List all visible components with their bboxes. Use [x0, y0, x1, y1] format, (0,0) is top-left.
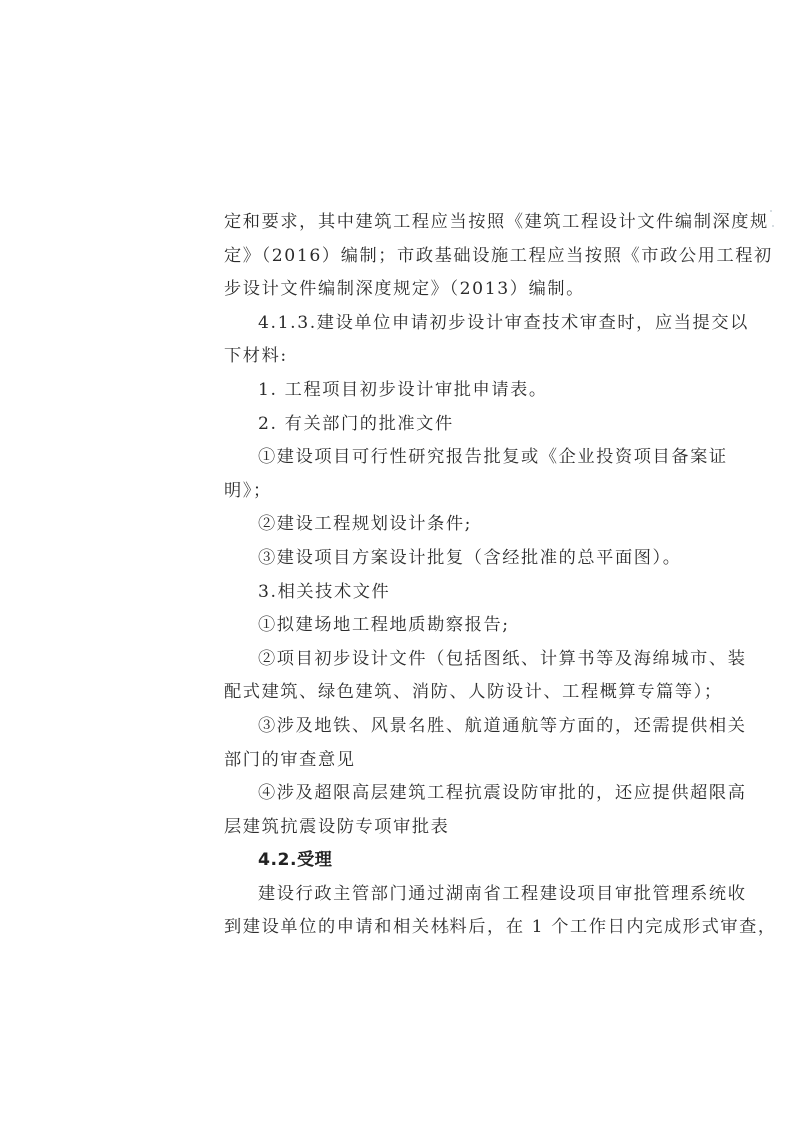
sub-item-3-3: ③涉及地铁、风景名胜、航道通航等方面的，还需提供相关: [224, 710, 678, 744]
paragraph-line: 到建设单位的申请和相关材料后，在 1 个工作日内完成形式审查，: [224, 911, 678, 945]
paragraph-line: 明》；: [224, 475, 678, 509]
sub-item-2-3: ③建设项目方案设计批复（含经批准的总平面图）。: [224, 542, 678, 576]
scan-artifact: [772, 225, 774, 227]
sub-item-2-1: ①建设项目可行性研究报告批复或《企业投资项目备案证: [224, 441, 678, 475]
clause-4-1-3: 4.1.3.建设单位申请初步设计审查技术审查时，应当提交以: [224, 307, 678, 341]
paragraph-line: 部门的审查意见: [224, 744, 678, 778]
document-body: 定和要求，其中建筑工程应当按照《建筑工程设计文件编制深度规 定》（2016）编制…: [224, 206, 678, 945]
paragraph-line: 定和要求，其中建筑工程应当按照《建筑工程设计文件编制深度规: [224, 206, 678, 240]
paragraph-line: 定》（2016）编制；市政基础设施工程应当按照《市政公用工程初: [224, 240, 678, 274]
sub-item-3-1: ①拟建场地工程地质勘察报告;: [224, 609, 678, 643]
paragraph-line: 层建筑抗震设防专项审批表: [224, 811, 678, 845]
section-heading-4-2: 4.2.受理: [224, 844, 678, 878]
sub-item-3-2: ②项目初步设计文件（包括图纸、计算书等及海绵城市、装: [224, 643, 678, 677]
sub-item-3-4: ④涉及超限高层建筑工程抗震设防审批的，还应提供超限高: [224, 777, 678, 811]
sub-item-2-2: ②建设工程规划设计条件;: [224, 508, 678, 542]
paragraph-line: 步设计文件编制深度规定》（2013）编制。: [224, 273, 678, 307]
paragraph-line: 配式建筑、绿色建筑、消防、人防设计、工程概算专篇等）；: [224, 676, 678, 710]
list-item-3: 3.相关技术文件: [224, 576, 678, 610]
list-item-1: 1. 工程项目初步设计审批申请表。: [224, 374, 678, 408]
page-number: 5: [443, 925, 449, 936]
list-item-2: 2. 有关部门的批准文件: [224, 408, 678, 442]
paragraph-line: 建设行政主管部门通过湖南省工程建设项目审批管理系统收: [224, 878, 678, 912]
paragraph-line: 下材料:: [224, 340, 678, 374]
scan-artifact: [770, 210, 772, 212]
